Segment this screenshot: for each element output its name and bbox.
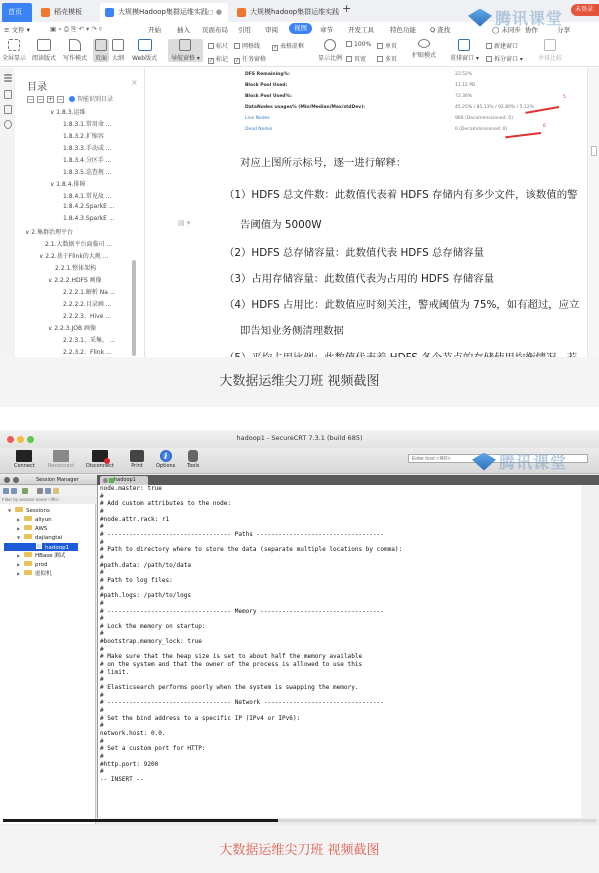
- close-icon[interactable]: ◻ ●: [208, 3, 222, 22]
- tencent-classroom-watermark: 腾讯课堂: [472, 450, 567, 473]
- doc-paragraph: （1）HDFS 总文件数：此数值代表着 HDFS 存储内有多少文件，该数值的警: [224, 186, 577, 201]
- label: 表格虚框: [280, 43, 304, 50]
- play-logo-icon: [468, 9, 492, 27]
- tools-button[interactable]: Tools: [187, 450, 199, 469]
- nav-pane-icon: [179, 39, 191, 51]
- doc-paragraph: （2）HDFS 总存储容量：此数值代表 HDFS 总存储容量: [224, 244, 484, 259]
- tools-icon: [188, 450, 198, 462]
- book-icon: [37, 39, 51, 51]
- toc-item[interactable]: ∨ 1.8.4.排障: [50, 179, 85, 188]
- tab-doc-pdf[interactable]: 大规模hadoop集群运维实践: [232, 3, 342, 22]
- options-button[interactable]: iOptions: [156, 450, 175, 469]
- toc-item[interactable]: ∨ 2.集群治理平台: [25, 227, 73, 236]
- pin-panel-icon[interactable]: [13, 477, 19, 483]
- folder-icon: [24, 534, 32, 539]
- page-width-button[interactable]: 页宽: [346, 54, 366, 63]
- toc-item[interactable]: 2.1.大数据平台面临司 ...: [45, 239, 112, 248]
- label: 网格线: [242, 43, 260, 50]
- expand-icon[interactable]: +: [47, 96, 54, 103]
- watermark-text: 腾讯课堂: [495, 6, 563, 29]
- comment-icon[interactable]: [4, 105, 12, 114]
- paragraph-handle-icon[interactable]: ▤ ▾: [178, 219, 190, 227]
- horizontal-scrollbar[interactable]: [3, 819, 596, 822]
- disconnect-badge-icon: [104, 458, 110, 464]
- printer-icon: [130, 450, 144, 462]
- checkbox-icon: [208, 43, 214, 49]
- side-by-side-button[interactable]: 并排比较: [538, 39, 562, 62]
- live-nodes-link[interactable]: Live Nodes: [245, 116, 270, 121]
- connect-icon: [16, 450, 32, 462]
- collapse-arrow-icon[interactable]: ▶: [17, 525, 24, 533]
- label: 多页: [385, 56, 397, 63]
- scroll-thumb[interactable]: [591, 146, 597, 156]
- folder-icon: [24, 525, 32, 530]
- label: 护眼模式: [412, 52, 436, 59]
- new-folder-icon[interactable]: [22, 488, 28, 494]
- side-by-side-icon: [544, 39, 556, 51]
- connect-button[interactable]: Connect: [14, 450, 35, 469]
- session-tab-bar: hadoop1: [97, 475, 599, 485]
- rearrange-window-dropdown[interactable]: 重排窗口 ▾: [450, 39, 479, 62]
- copy-icon[interactable]: [45, 488, 51, 494]
- outline-icon: [112, 39, 124, 51]
- cut-icon[interactable]: [37, 488, 43, 494]
- label: Connect: [14, 463, 35, 469]
- toc-icon[interactable]: [4, 74, 12, 76]
- label: Web版式: [132, 55, 157, 62]
- row-value: 11.12 PB: [455, 83, 475, 88]
- tab-label: 大规模Hadoop集群运维实践: [118, 8, 208, 16]
- tree-folder-vm[interactable]: ▶虚拟机: [17, 570, 52, 578]
- caption-bottom: 大数据运维尖刀班 视频截图: [0, 825, 599, 873]
- paste-icon[interactable]: [53, 488, 59, 494]
- toc-item[interactable]: 1.8.3.5.巡查规 ...: [63, 167, 112, 176]
- label: Options: [156, 463, 175, 469]
- session-tree: ▼Sessions ▶aliyun ▶AWS ▼dajiangtai hadoo…: [0, 504, 96, 824]
- scroll-thumb[interactable]: [3, 819, 278, 822]
- toc-item[interactable]: 2.2.2.1.解析 Na ...: [63, 287, 116, 296]
- label: 页面: [95, 55, 107, 62]
- tab-label: hadoop1: [114, 477, 136, 483]
- collapse-arrow-icon[interactable]: ▶: [17, 570, 24, 578]
- toc-item[interactable]: 2.2.1.整体架构: [55, 263, 96, 272]
- smart-toc-button[interactable]: 智能识别目录: [77, 96, 113, 103]
- row-value: 0 (Decommissioned: 0): [455, 127, 507, 132]
- eye-protection-button[interactable]: 护眼模式: [412, 39, 436, 59]
- page-icon: [95, 39, 107, 51]
- expand-all-icon[interactable]: −: [57, 96, 64, 103]
- magnifier-icon: [324, 39, 336, 51]
- page-view-button[interactable]: 页面: [93, 39, 109, 62]
- session-tab-hadoop1[interactable]: hadoop1: [100, 476, 148, 485]
- multi-page-button[interactable]: 多页: [377, 54, 397, 63]
- toc-toolbar: −−+−智能识别目录: [27, 94, 113, 103]
- split-window-dropdown[interactable]: 拆分窗口 ▾: [486, 54, 523, 63]
- label: Disconnect: [86, 463, 114, 469]
- doc-paragraph: 对应上图所示标号，逐一进行解释：: [240, 154, 406, 169]
- tree-folder-aliyun[interactable]: ▶aliyun: [17, 516, 52, 524]
- menu-view[interactable]: 视图: [289, 23, 312, 34]
- toc-item[interactable]: ∨ 2.2.2.HDFS 画像: [48, 275, 102, 284]
- label: 大纲: [112, 55, 124, 62]
- label: Reconnect: [48, 463, 74, 469]
- row-key: DFS Remaining%:: [245, 72, 290, 77]
- label: Tools: [187, 463, 199, 469]
- docer-icon: [41, 8, 50, 17]
- window-titlebar: hadoop1 - SecureCRT 7.3.1 (build 685): [0, 430, 599, 448]
- login-badge[interactable]: 未登录: [571, 4, 599, 16]
- menu-features[interactable]: 特色功能: [390, 25, 416, 34]
- new-window-icon: [486, 43, 492, 49]
- session-manager-header: Session Manager: [0, 475, 97, 485]
- row-key: DataNodes usages% (Min/Median/Max/stdDev…: [245, 105, 365, 110]
- label: HBase 测试: [35, 553, 65, 559]
- toc-item[interactable]: 1.8.4.2.SparkE ...: [63, 203, 115, 210]
- menu-review[interactable]: 审阅: [265, 25, 278, 34]
- close-icon[interactable]: ×: [131, 78, 138, 87]
- label: 100%: [354, 41, 371, 48]
- label: 单页: [385, 43, 397, 50]
- label: 标尺: [216, 43, 228, 50]
- menu-chapter[interactable]: 章节: [320, 25, 333, 34]
- label: 拆分窗口 ▾: [494, 56, 523, 63]
- menu-start[interactable]: 开始: [148, 25, 161, 34]
- tab-doc-active[interactable]: 大规模Hadoop集群运维实践◻ ●: [100, 3, 228, 22]
- label: aliyun: [35, 517, 52, 523]
- eye-icon: [418, 39, 430, 48]
- fullscreen-icon: [8, 39, 20, 51]
- folder-icon: [24, 561, 32, 566]
- writer-doc-icon: [105, 8, 114, 17]
- ruler-checkbox[interactable]: 标尺: [208, 41, 228, 50]
- info-icon: i: [160, 450, 172, 462]
- gridlines-checkbox[interactable]: 网格线: [234, 41, 260, 50]
- toc-item[interactable]: 1.8.4.3.SparkE ...: [63, 215, 115, 222]
- label: prod: [35, 562, 48, 568]
- doc-paragraph: 告阈值为 5000W: [240, 216, 322, 231]
- pdf-icon: [237, 8, 246, 17]
- toc-item[interactable]: 1.8.3.2.扩缩容: [63, 131, 104, 140]
- single-page-icon: [377, 43, 383, 49]
- label: hadoop1: [45, 545, 69, 551]
- annotation-number: 5: [563, 95, 566, 100]
- toc-title: 目录: [27, 78, 47, 93]
- reconnect-icon: [53, 450, 69, 462]
- new-tab-session-icon[interactable]: [11, 488, 17, 494]
- label: dajiangtai: [35, 535, 62, 541]
- toc-item[interactable]: ∨ 2.2.3.JOB 画像: [48, 323, 96, 332]
- expand-arrow-icon[interactable]: ▼: [17, 534, 24, 542]
- reconnect-button[interactable]: Reconnect: [48, 450, 74, 469]
- label: 显示比例: [318, 55, 342, 62]
- connect-session-icon[interactable]: [3, 488, 9, 494]
- row-key: Block Pool Used%:: [245, 94, 292, 99]
- watermark-text: 腾讯课堂: [499, 450, 567, 473]
- read-mode-button[interactable]: 阅读版式: [32, 39, 56, 62]
- label: 并排比较: [538, 55, 562, 62]
- checkbox-checked-icon: ✓: [272, 45, 278, 51]
- row-key: Block Pool Used:: [245, 83, 287, 88]
- tab-docer[interactable]: 稻壳模板: [36, 3, 98, 22]
- toc-item[interactable]: ∨ 1.8.3.运维: [50, 107, 85, 116]
- find-icon[interactable]: [4, 120, 12, 129]
- print-button[interactable]: Print: [130, 450, 144, 469]
- tree-folder-aws[interactable]: ▶AWS: [17, 525, 47, 533]
- label: 全屏显示: [2, 55, 26, 62]
- toc-list: ∨ 1.8.3.运维 1.8.3.1.常用命 ... 1.8.3.2.扩缩容 1…: [15, 104, 135, 354]
- collapse-arrow-icon[interactable]: ▶: [17, 561, 24, 569]
- toc-item[interactable]: 1.8.3.3.手动或 ...: [63, 143, 112, 152]
- row-value: 23.52%: [455, 72, 472, 77]
- toc-item[interactable]: 2.2.3.1、采集、 ...: [63, 335, 116, 344]
- checkbox-checked-icon: ✓: [234, 58, 240, 64]
- mark-checkbox[interactable]: ✓标记: [208, 54, 228, 64]
- doc-paragraph: （3）占用存储容量：此数值代表为占用的 HDFS 存储容量: [224, 270, 494, 285]
- label: 任务窗格: [242, 56, 266, 63]
- bookmark-icon[interactable]: [4, 90, 12, 99]
- toc-item[interactable]: 2.2.2.2.目录画 ...: [63, 299, 112, 308]
- menu-search[interactable]: Q 查找: [430, 25, 450, 34]
- left-tool-rail: [0, 68, 15, 357]
- annotation-number: 6: [543, 124, 546, 129]
- multi-page-icon: [377, 56, 383, 62]
- session-icon: [36, 543, 42, 549]
- label: 重排窗口 ▾: [450, 55, 479, 62]
- tab-home[interactable]: 首页: [2, 3, 32, 22]
- toc-item[interactable]: ∨ 2.2.基于Flink的大规 ...: [39, 251, 108, 260]
- pen-icon: [69, 39, 81, 51]
- folder-icon: [24, 516, 32, 521]
- row-value: 45.25% / 85.13% / 92.80% / 5.12%: [455, 105, 534, 110]
- task-pane-checkbox[interactable]: ✓任务窗格: [234, 54, 266, 64]
- collapse-all-icon[interactable]: −: [27, 96, 34, 103]
- checkbox-icon: [234, 43, 240, 49]
- tree-folder-sessions[interactable]: ▼Sessions: [8, 507, 50, 515]
- outline-button[interactable]: 大纲: [112, 39, 124, 62]
- disconnect-icon: [92, 450, 108, 462]
- web-layout-button[interactable]: Web版式: [132, 39, 157, 62]
- label: 标记: [216, 56, 228, 63]
- window-icon: [458, 39, 470, 51]
- toc-item[interactable]: 1.8.3.1.常用命 ...: [63, 119, 112, 128]
- tab-label: 稻壳模板: [54, 8, 82, 16]
- folder-icon: [24, 552, 32, 557]
- menu-dev-tools[interactable]: 开发工具: [348, 25, 374, 34]
- tab-label: 大规模hadoop集群运维实践: [250, 8, 339, 16]
- label: 虚拟机: [35, 571, 52, 577]
- label: 阅读版式: [32, 55, 56, 62]
- menu-file[interactable]: ≡ 文件 ▾: [4, 25, 30, 34]
- toc-item[interactable]: 2.2.3.2、Flink ...: [63, 347, 112, 354]
- terminal-output[interactable]: node.master: true # # Add custom attribu…: [97, 485, 581, 818]
- session-filter-input[interactable]: [2, 496, 95, 504]
- tree-session-hadoop1[interactable]: hadoop1: [4, 543, 78, 551]
- spacer: [0, 407, 599, 430]
- close-tab-icon[interactable]: [103, 478, 108, 483]
- label: 新建窗口: [494, 43, 518, 50]
- doc-paragraph: （5）平均占用比例：此数值代表着 HDFS 各个节点的存储使用均衡情况，若: [224, 349, 577, 357]
- caption-top: 大数据运维尖刀班 视频截图: [0, 357, 599, 407]
- zoom-icon: [346, 41, 352, 47]
- toc-item[interactable]: 1.8.3.4.分区手 ...: [63, 155, 112, 164]
- menu-insert[interactable]: 插入: [177, 25, 190, 34]
- close-panel-icon[interactable]: [4, 477, 10, 483]
- label: 导航窗格 ▾: [171, 55, 200, 62]
- view-ribbon: 全屏显示 阅读版式 写作模式 页面 大纲 Web版式 导航窗格 ▾ 标尺 网格线…: [0, 37, 599, 67]
- tree-folder-hbase[interactable]: ▶HBase 测试: [17, 552, 65, 560]
- disconnect-button[interactable]: Disconnect: [86, 450, 114, 469]
- doc-paragraph: 即告知业务侧清理数据: [240, 322, 344, 337]
- folder-icon: [24, 570, 32, 575]
- hdfs-summary-table-image: DFS Remaining%:23.52% Block Pool Used:11…: [245, 70, 585, 138]
- securecrt-screenshot: hadoop1 - SecureCRT 7.3.1 (build 685) Co…: [0, 430, 599, 825]
- label: 页宽: [354, 56, 366, 63]
- label: Print: [131, 463, 143, 469]
- label: Sessions: [26, 508, 50, 514]
- session-manager-toolbar: [0, 486, 97, 496]
- panel-title: Session Manager: [36, 475, 79, 485]
- terminal-text: node.master: true # # Add custom attribu…: [100, 485, 402, 784]
- smart-toc-icon: [69, 96, 75, 102]
- doc-paragraph: （4）HDFS 占用比：此数值应时刻关注，警戒阈值为 75%，如有超过，应立: [224, 296, 579, 311]
- folder-icon: [15, 507, 23, 512]
- tree-folder-prod[interactable]: ▶prod: [17, 561, 48, 569]
- new-window-button[interactable]: 新建窗口: [486, 41, 518, 50]
- single-page-button[interactable]: 单页: [377, 41, 397, 50]
- play-logo-icon: [472, 453, 496, 471]
- web-icon: [138, 39, 152, 51]
- toc-scrollbar[interactable]: [132, 260, 136, 356]
- menu-references[interactable]: 引用: [238, 25, 251, 34]
- split-window-icon: [486, 56, 492, 62]
- collapse-arrow-icon[interactable]: ▶: [17, 552, 24, 560]
- connected-status-icon: [109, 478, 114, 483]
- zoom-ratio-button[interactable]: 显示比例: [318, 39, 342, 62]
- row-value: 966 (Decommissioned: 0): [455, 116, 513, 121]
- zoom-100-button[interactable]: 100%: [346, 41, 371, 48]
- nav-pane-dropdown[interactable]: 导航窗格 ▾: [168, 39, 203, 62]
- label: AWS: [35, 526, 47, 532]
- checkbox-checked-icon: ✓: [208, 58, 214, 64]
- dead-nodes-link[interactable]: Dead Nodes: [245, 127, 272, 132]
- collapse-icon[interactable]: −: [37, 96, 44, 103]
- menu-layout[interactable]: 页面布局: [202, 25, 228, 34]
- new-tab-button[interactable]: +: [342, 2, 351, 15]
- tab-label: 首页: [8, 8, 22, 16]
- page-width-icon: [346, 56, 352, 62]
- toc-pane: 目录 × −−+−智能识别目录 ∨ 1.8.3.运维 1.8.3.1.常用命 .…: [15, 68, 145, 357]
- row-value: 72.36%: [455, 94, 472, 99]
- tree-folder-dajiangtai[interactable]: ▼dajiangtai: [17, 534, 62, 542]
- collapse-arrow-icon[interactable]: ▶: [17, 516, 24, 524]
- toc-item[interactable]: 1.8.4.1.常见故 ...: [63, 191, 112, 200]
- toc-item[interactable]: 2.2.2.3、Hive ...: [63, 311, 111, 320]
- expand-arrow-icon[interactable]: ▼: [8, 507, 15, 515]
- quick-access-icons[interactable]: ▣ ⌕ ⎙ ⎘ ↶ ▾ ↷ ▿: [50, 25, 102, 34]
- wps-writer-screenshot: 首页 稻壳模板 大规模Hadoop集群运维实践◻ ● 大规模hadoop集群运维…: [0, 0, 599, 357]
- window-title: hadoop1 - SecureCRT 7.3.1 (build 685): [0, 434, 599, 442]
- terminal-side-margin: [581, 485, 599, 818]
- tencent-classroom-watermark: 腾讯课堂: [468, 6, 563, 29]
- document-scrollbar[interactable]: [587, 68, 599, 357]
- table-frame-checkbox[interactable]: ✓表格虚框: [272, 41, 304, 51]
- label: 写作模式: [63, 55, 87, 62]
- write-mode-button[interactable]: 写作模式: [63, 39, 87, 62]
- fullscreen-button[interactable]: 全屏显示: [2, 39, 26, 62]
